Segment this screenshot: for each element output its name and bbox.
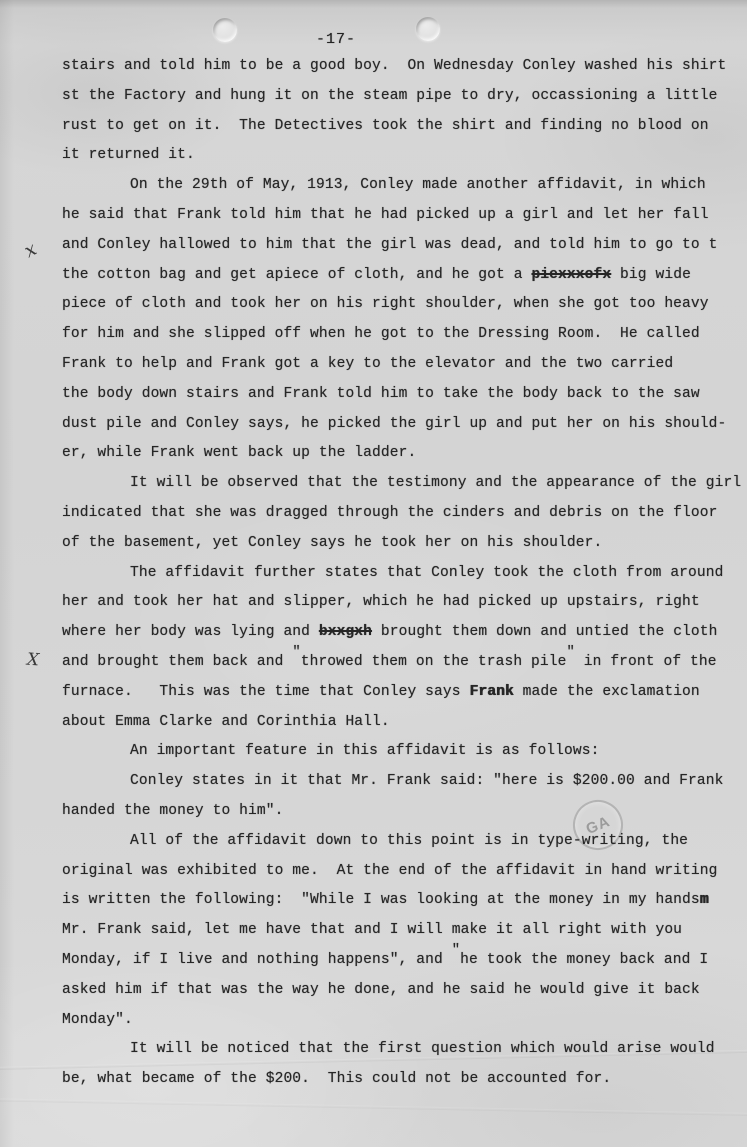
text-line: and brought them back and "throwed them … <box>62 648 734 678</box>
text-segment: indicated that she was dragged through t… <box>62 505 717 521</box>
text-segment: dust pile and Conley says, he picked the… <box>62 416 726 432</box>
text-line: On the 29th of May, 1913, Conley made an… <box>62 171 734 201</box>
text-line: her and took her hat and slipper, which … <box>62 588 734 618</box>
text-line: stairs and told him to be a good boy. On… <box>62 52 734 82</box>
text-segment-bold: m <box>700 892 709 908</box>
text-segment: and Conley hallowed to him that the girl… <box>62 237 717 253</box>
text-segment: asked him if that was the way he done, a… <box>62 982 700 998</box>
text-line: he said that Frank told him that he had … <box>62 201 734 231</box>
scanned-document-page: -17- x X GA stairs and told him to be a … <box>0 0 747 1147</box>
paper-crease <box>0 1098 747 1117</box>
text-line: is written the following: "While I was l… <box>62 886 734 916</box>
text-line: where her body was lying and bxxgxh brou… <box>62 618 734 648</box>
text-segment: he took the money back and I <box>460 952 708 968</box>
text-line: st the Factory and hung it on the steam … <box>62 82 734 112</box>
text-segment: where her body was lying and <box>62 624 319 640</box>
text-line: about Emma Clarke and Corinthia Hall. <box>62 708 734 738</box>
text-segment-sup: " <box>566 644 574 660</box>
text-line: Mr. Frank said, let me have that and I w… <box>62 916 734 946</box>
text-segment: made the exclamation <box>514 684 700 700</box>
text-segment: er, while Frank went back up the ladder. <box>62 445 416 461</box>
text-line: handed the money to him". <box>62 797 734 827</box>
text-line: Frank to help and Frank got a key to the… <box>62 350 734 380</box>
text-segment: original was exhibited to me. At the end… <box>62 863 717 879</box>
text-segment-sup: " <box>452 942 460 958</box>
text-segment: the body down stairs and Frank told him … <box>62 386 700 402</box>
punch-hole <box>416 17 440 41</box>
text-line: and Conley hallowed to him that the girl… <box>62 231 734 261</box>
text-segment-sup: " <box>292 644 300 660</box>
text-segment: piece of cloth and took her on his right… <box>62 296 709 312</box>
text-line: the body down stairs and Frank told him … <box>62 380 734 410</box>
text-line: er, while Frank went back up the ladder. <box>62 439 734 469</box>
text-line: it returned it. <box>62 141 734 171</box>
text-segment: throwed them on the trash pile <box>301 654 567 670</box>
text-line: All of the affidavit down to this point … <box>62 827 734 857</box>
text-line: Conley states in it that Mr. Frank said:… <box>62 767 734 797</box>
text-segment: be, what became of the $200. This could … <box>62 1071 611 1087</box>
text-segment: An important feature in this affidavit i… <box>130 743 599 759</box>
text-line: the cotton bag and get apiece of cloth, … <box>62 261 734 291</box>
text-line: Monday". <box>62 1006 734 1036</box>
text-line: original was exhibited to me. At the end… <box>62 857 734 887</box>
text-line: It will be observed that the testimony a… <box>62 469 734 499</box>
text-segment: he said that Frank told him that he had … <box>62 207 709 223</box>
text-segment: in front of the <box>575 654 717 670</box>
text-segment: stairs and told him to be a good boy. On… <box>62 58 726 74</box>
text-line: rust to get on it. The Detectives took t… <box>62 112 734 142</box>
text-line: piece of cloth and took her on his right… <box>62 290 734 320</box>
text-segment: Monday". <box>62 1012 133 1028</box>
text-line: dust pile and Conley says, he picked the… <box>62 410 734 440</box>
text-segment: The affidavit further states that Conley… <box>130 565 723 581</box>
text-line: It will be noticed that the first questi… <box>62 1035 734 1065</box>
text-segment: and brought them back and <box>62 654 292 670</box>
text-segment: the cotton bag and get apiece of cloth, … <box>62 267 531 283</box>
text-line: indicated that she was dragged through t… <box>62 499 734 529</box>
text-segment: furnace. This was the time that Conley s… <box>62 684 469 700</box>
text-segment: Frank to help and Frank got a key to the… <box>62 356 673 372</box>
text-line: for him and she slipped off when he got … <box>62 320 734 350</box>
text-segment-bold: Frank <box>469 684 513 700</box>
text-line: furnace. This was the time that Conley s… <box>62 678 734 708</box>
text-segment: st the Factory and hung it on the steam … <box>62 88 717 104</box>
text-segment: On the 29th of May, 1913, Conley made an… <box>130 177 706 193</box>
text-segment: it returned it. <box>62 147 195 163</box>
text-segment: All of the affidavit down to this point … <box>130 833 688 849</box>
text-segment: Monday, if I live and nothing happens", … <box>62 952 452 968</box>
document-text: stairs and told him to be a good boy. On… <box>62 52 734 1095</box>
text-line: of the basement, yet Conley says he took… <box>62 529 734 559</box>
text-segment: rust to get on it. The Detectives took t… <box>62 118 709 134</box>
text-segment-strike: bxxgxh <box>319 624 372 640</box>
text-segment: Conley states in it that Mr. Frank said:… <box>130 773 723 789</box>
handwritten-x-mark: x <box>20 238 40 262</box>
punch-hole <box>213 18 237 42</box>
text-line: Monday, if I live and nothing happens", … <box>62 946 734 976</box>
text-segment: about Emma Clarke and Corinthia Hall. <box>62 714 390 730</box>
text-segment: brought them down and untied the cloth <box>372 624 717 640</box>
page-number: -17- <box>316 31 356 48</box>
text-segment: her and took her hat and slipper, which … <box>62 594 700 610</box>
handwritten-x-mark: X <box>26 650 39 671</box>
text-segment: It will be noticed that the first questi… <box>130 1041 715 1057</box>
text-segment: big wide <box>611 267 691 283</box>
text-line: be, what became of the $200. This could … <box>62 1065 734 1095</box>
text-line: An important feature in this affidavit i… <box>62 737 734 767</box>
text-segment: is written the following: "While I was l… <box>62 892 700 908</box>
text-segment: It will be observed that the testimony a… <box>130 475 741 491</box>
text-line: The affidavit further states that Conley… <box>62 559 734 589</box>
text-segment-strike: piexxxofx <box>531 267 611 283</box>
text-segment: handed the money to him". <box>62 803 283 819</box>
text-segment: Mr. Frank said, let me have that and I w… <box>62 922 682 938</box>
text-segment: for him and she slipped off when he got … <box>62 326 700 342</box>
text-segment: of the basement, yet Conley says he took… <box>62 535 602 551</box>
text-line: asked him if that was the way he done, a… <box>62 976 734 1006</box>
